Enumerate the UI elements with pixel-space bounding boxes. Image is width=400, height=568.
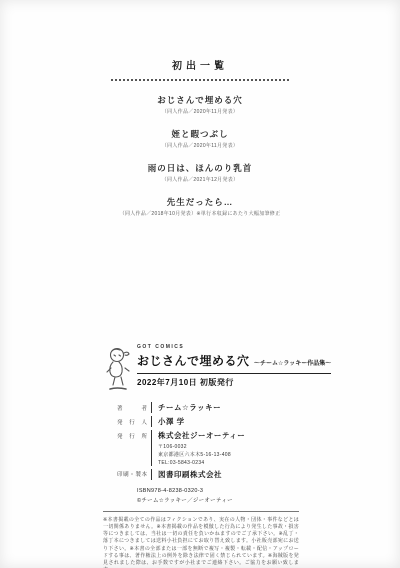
publisher-postal: 〒106-0032 [158, 443, 299, 450]
table-row: 発行所 株式会社ジーオーティー 〒106-0032 東京都港区六本木5-16-1… [117, 430, 299, 466]
table-row: 印刷・製本 図書印刷株式会社 [117, 469, 299, 480]
list-item: 先生だったら… （同人作品／2018年10月発表）※単行本収録にあたり大幅加筆修… [0, 196, 400, 217]
publisher-address: 東京都港区六本木5-16-13-408 [158, 451, 299, 458]
legal-divider [103, 511, 299, 512]
book-title: おじさんで埋める穴 [137, 354, 250, 368]
author-name: チーム☆ラッキー [158, 402, 299, 413]
publisher-info-table: 著者 チーム☆ラッキー 発行人 小澤 学 発行所 株式会社ジーオーティー 〒10… [117, 402, 299, 480]
work-note: （同人作品／2018年10月発表）※単行本収録にあたり大幅加筆修正 [0, 210, 400, 217]
work-title: 先生だったら… [0, 196, 400, 208]
mascot-doodle-illustration [103, 346, 133, 392]
dotted-divider [111, 79, 289, 81]
isbn-block: ISBN978-4-8238-0320-3 ©チーム☆ラッキー／ジーオーティー [137, 488, 299, 504]
first-publication-heading: 初出一覧 [0, 57, 400, 72]
title-divider [137, 373, 331, 374]
colophon-block: GOT COMICS おじさんで埋める穴 ～チーム☆ラッキー作品集～ 2022年… [103, 344, 299, 568]
row-label: 発行所 [117, 430, 147, 466]
row-label: 発行人 [117, 416, 147, 427]
publisher-tel: TEL:03-5843-0234 [158, 460, 299, 466]
colophon-page: 初出一覧 おじさんで埋める穴 （同人作品／2020年11月発表） 姪と暇つぶし … [0, 0, 400, 568]
imprint-label: GOT COMICS [137, 344, 331, 350]
copyright: ©チーム☆ラッキー／ジーオーティー [137, 496, 299, 504]
first-publication-section: 初出一覧 おじさんで埋める穴 （同人作品／2020年11月発表） 姪と暇つぶし … [0, 57, 400, 217]
row-label: 著者 [117, 402, 147, 413]
work-note: （同人作品／2020年11月発表） [0, 108, 400, 115]
work-title: 雨の日は、ほんのり乳首 [0, 162, 400, 174]
work-note: （同人作品／2021年12月発表） [0, 176, 400, 183]
work-note: （同人作品／2020年11月発表） [0, 142, 400, 149]
list-item: おじさんで埋める穴 （同人作品／2020年11月発表） [0, 94, 400, 115]
row-label: 印刷・製本 [117, 469, 147, 480]
printer-company: 図書印刷株式会社 [158, 469, 299, 480]
publisher-company: 株式会社ジーオーティー [158, 430, 299, 441]
table-row: 著者 チーム☆ラッキー [117, 402, 299, 413]
table-row: 発行人 小澤 学 [117, 416, 299, 427]
colophon-title-area: GOT COMICS おじさんで埋める穴 ～チーム☆ラッキー作品集～ 2022年… [137, 344, 331, 388]
work-title: 姪と暇つぶし [0, 128, 400, 140]
publisher-person: 小澤 学 [158, 416, 299, 427]
book-subtitle: ～チーム☆ラッキー作品集～ [254, 361, 331, 367]
list-item: 雨の日は、ほんのり乳首 （同人作品／2021年12月発表） [0, 162, 400, 183]
isbn: ISBN978-4-8238-0320-3 [137, 488, 299, 494]
legal-fine-print: ※本書掲載の全ての作品はフィクションであり、実在の人物・団体・事件などとは一切関… [103, 517, 299, 568]
book-title-row: おじさんで埋める穴 ～チーム☆ラッキー作品集～ [137, 352, 331, 370]
work-title: おじさんで埋める穴 [0, 94, 400, 106]
colophon-header: GOT COMICS おじさんで埋める穴 ～チーム☆ラッキー作品集～ 2022年… [103, 344, 299, 392]
edition-date: 2022年7月10日 初版発行 [137, 377, 331, 388]
list-item: 姪と暇つぶし （同人作品／2020年11月発表） [0, 128, 400, 149]
